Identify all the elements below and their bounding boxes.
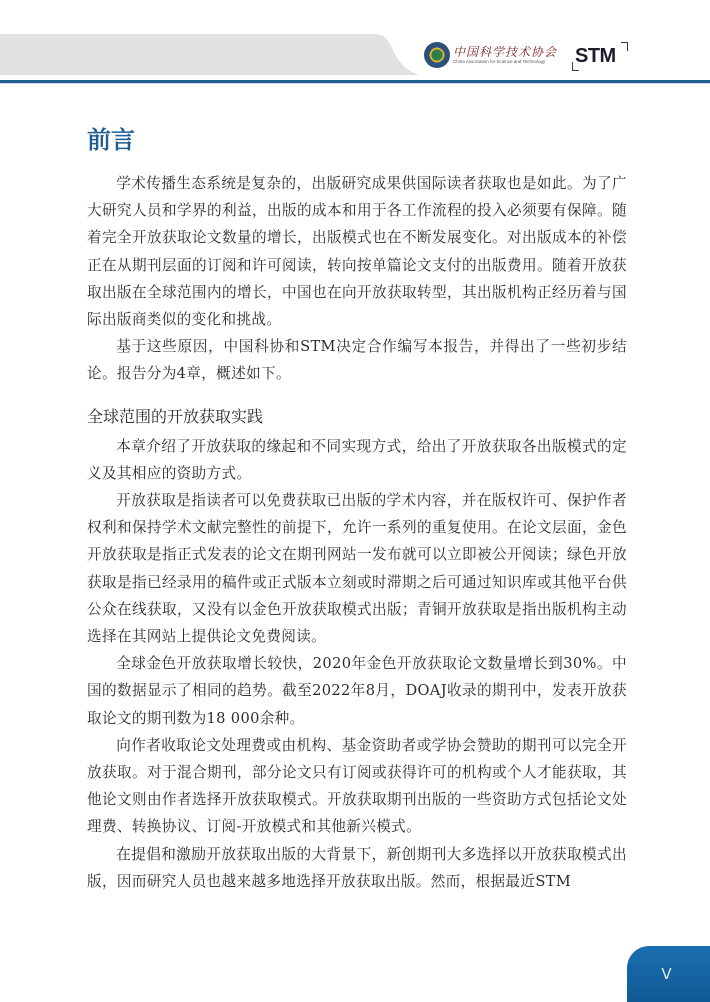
- cast-logo-en: China Association for Science and Techno…: [453, 60, 557, 65]
- page-number-tab: V: [627, 946, 710, 1002]
- cast-logo-cn: 中国科学技术协会: [453, 46, 557, 58]
- section-paragraph: 全球金色开放获取增长较快，2020年金色开放获取论文数量增长到30%。中国的数据…: [87, 650, 627, 732]
- header-rule-shadow: [0, 83, 710, 84]
- section-paragraph: 本章介绍了开放获取的缘起和不同实现方式，给出了开放获取各出版模式的定义及其相应的…: [87, 433, 627, 487]
- body-content: 学术传播生态系统是复杂的，出版研究成果供国际读者获取也是如此。为了广大研究人员和…: [87, 170, 627, 895]
- section-paragraph: 向作者收取论文处理费或由机构、基金资助者或学协会赞助的期刊可以完全开放获取。对于…: [87, 732, 627, 841]
- stm-bracket-icon: [621, 42, 628, 51]
- page-title: 前言: [87, 120, 135, 155]
- stm-bracket-icon: [572, 62, 579, 71]
- cast-emblem-icon: [424, 42, 450, 68]
- stm-logo-text: STM: [575, 45, 616, 68]
- stm-logo: STM: [571, 40, 631, 70]
- intro-paragraph: 基于这些原因，中国科协和STM决定合作编写本报告，并得出了一些初步结论。报告分为…: [87, 333, 627, 387]
- section-heading: 全球范围的开放获取实践: [87, 404, 627, 427]
- section-paragraph: 开放获取是指读者可以免费获取已出版的学术内容，并在版权许可、保护作者权利和保持学…: [87, 487, 627, 650]
- page-number: V: [661, 965, 675, 983]
- header-gray-band: [0, 34, 420, 75]
- intro-paragraph: 学术传播生态系统是复杂的，出版研究成果供国际读者获取也是如此。为了广大研究人员和…: [87, 170, 627, 333]
- cast-logo: 中国科学技术协会 China Association for Science a…: [424, 40, 564, 70]
- section-paragraph: 在提倡和激励开放获取出版的大背景下，新创期刊大多选择以开放获取模式出版，因而研究…: [87, 841, 627, 895]
